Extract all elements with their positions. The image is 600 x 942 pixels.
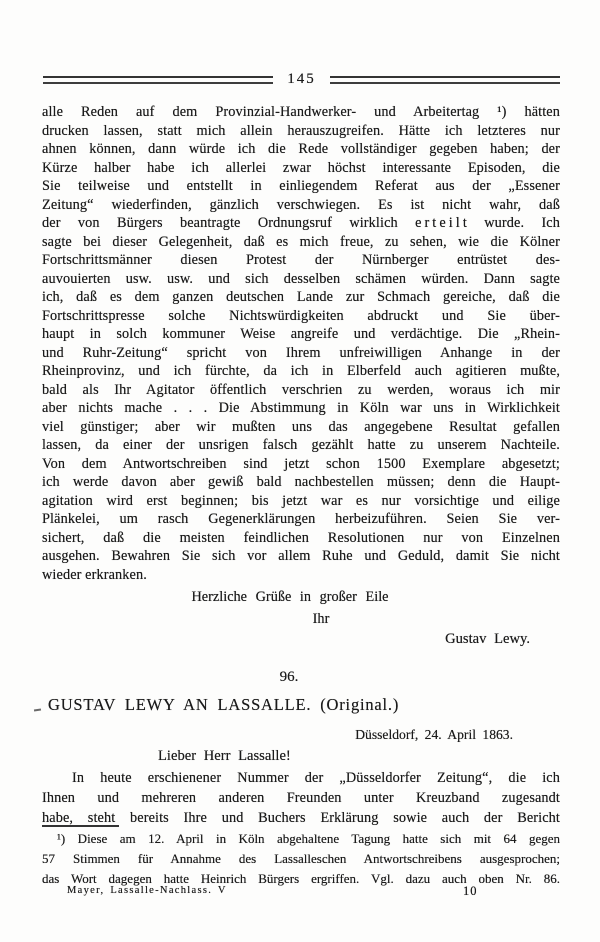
sheet-signature-number: 10	[463, 884, 478, 899]
body-line: ich werde davon aber gewiß bald nachbest…	[42, 473, 560, 492]
body-line: auvouierten usw. usw. und sich desselben…	[42, 270, 560, 289]
body-line: viel günstiger; aber wir mußten uns das …	[42, 418, 560, 437]
footnote-rule	[42, 825, 119, 827]
body-line: haupt in solch kommuner Weise angreife u…	[42, 325, 560, 344]
body-line: Kürze halber habe ich allerlei zwar höch…	[42, 159, 560, 178]
running-head: 145	[43, 70, 560, 90]
body-line: Fortschrittspresse solche Nichtswürdigke…	[42, 307, 560, 326]
book-page: 145 alle Reden auf dem Provinzial-Handwe…	[0, 0, 600, 942]
head-rule-left	[43, 76, 273, 84]
page-number: 145	[273, 69, 330, 89]
body-line: wieder erkranken.	[42, 566, 560, 585]
body-line: alle Reden auf dem Provinzial-Handwerker…	[42, 103, 560, 122]
page-footer: Mayer, Lassalle-Nachlass. V 10	[42, 883, 560, 903]
head-rule-right	[330, 76, 560, 84]
body-line: bald als Ihr Agitator öffentlich verschr…	[42, 381, 560, 400]
body-line: sagte bei dieser Gelegenheit, daß es mic…	[42, 233, 560, 252]
body-line: ich, daß es dem ganzen deutschen Lande z…	[42, 288, 560, 307]
body-line: Plänkelei, um rasch Gegenerklärungen her…	[42, 510, 560, 529]
body-line: agitation wird erst beginnen; bis jetzt …	[42, 492, 560, 511]
footnote-line: ¹) Diese am 12. April in Köln abgehalten…	[42, 829, 560, 849]
footnote-line: 57 Stimmen für Annahme des Lassalleschen…	[42, 849, 560, 869]
footnote: ¹) Diese am 12. April in Köln abgehalten…	[42, 829, 560, 889]
closing-text: Herzliche Grüße in großer Eile	[191, 589, 388, 605]
letter-closing: Herzliche Grüße in großer Eile	[42, 589, 560, 606]
letter-body: alle Reden auf dem Provinzial-Handwerker…	[42, 103, 560, 584]
body-line: Zeitung“ wiederfinden, gänzlich verschwi…	[42, 196, 560, 215]
signature: Gustav Lewy.	[42, 631, 560, 648]
body-line: drucken lassen, statt mich allein heraus…	[42, 122, 560, 141]
body-line: Sie teilweise und entstellt in einliegen…	[42, 177, 560, 196]
printer-credit: Mayer, Lassalle-Nachlass. V	[67, 885, 227, 896]
body-line: Rheinprovinz, und ich fürchte, da ich in…	[42, 362, 560, 381]
section-number: 96.	[42, 669, 560, 686]
body-line: Fortschrittsmänner diesen Protest der Nü…	[42, 251, 560, 270]
body-line: Ihnen und mehreren anderen Freunden unte…	[42, 789, 560, 809]
dateline: Düsseldorf, 24. April 1863.	[42, 727, 560, 743]
body-line: habe, steht bereits Ihre und Buchers Erk…	[42, 809, 560, 829]
body-line: Von dem Antwortschreiben sind jetzt scho…	[42, 455, 560, 474]
ink-speck	[34, 709, 41, 712]
body-line: aber nichts mache . . . Die Abstimmung i…	[42, 399, 560, 418]
salutation: Lieber Herr Lassalle!	[158, 748, 291, 765]
signature-prefix: Ihr	[42, 611, 560, 628]
body-line: der von Bürgers beantragte Ordnungsruf w…	[42, 214, 560, 233]
body-line: und Ruhr-Zeitung“ spricht von Ihrem unfr…	[42, 344, 560, 363]
letter2-body: In heute erschienener Nummer der „Düssel…	[42, 769, 560, 829]
section-heading: GUSTAV LEWY AN LASSALLE. (Original.)	[48, 695, 399, 715]
body-line: sichert, daß die meisten feindlichen Res…	[42, 529, 560, 548]
body-line: In heute erschienener Nummer der „Düssel…	[42, 769, 560, 789]
body-line: lassen, da einer der unsrigen falsch gez…	[42, 436, 560, 455]
body-line: ausgehen. Bewahren Sie sich vor allem Ru…	[42, 547, 560, 566]
body-line: ahnen können, dann würde ich die Rede vo…	[42, 140, 560, 159]
